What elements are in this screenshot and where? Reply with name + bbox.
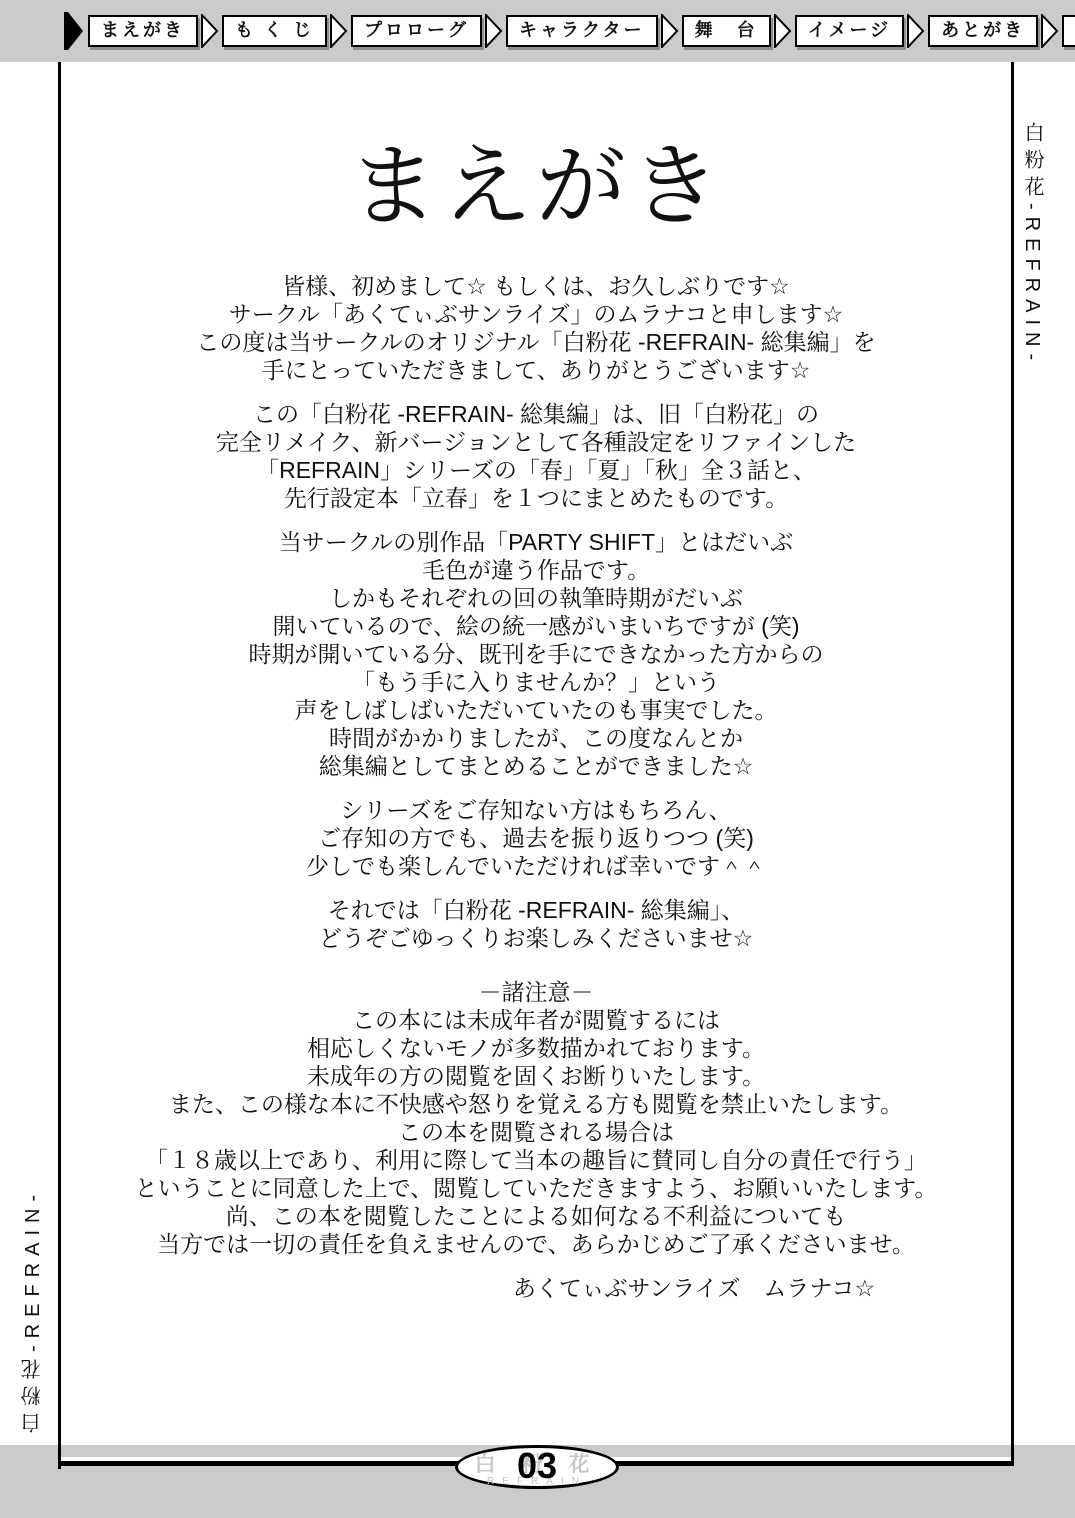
chevron-right-icon bbox=[1041, 14, 1059, 48]
nav-tab-character[interactable]: キャラクター bbox=[506, 15, 658, 46]
text-line: それでは「白粉花 -REFRAIN- 総集編」、 bbox=[60, 896, 1012, 924]
paragraph: それでは「白粉花 -REFRAIN- 総集編」、どうぞごゆっくりお楽しみください… bbox=[60, 896, 1012, 952]
chevron-right-icon bbox=[907, 14, 925, 48]
paragraph: 当サークルの別作品「PARTY SHIFT」とはだいぶ毛色が違う作品です。しかも… bbox=[60, 528, 1012, 780]
text-line: 「REFRAIN」シリーズの「春」「夏」「秋」全３話と、 bbox=[60, 456, 1012, 484]
notice-paragraph: －諸注意－この本には未成年者が閲覧するには相応しくないモノが多数描かれております… bbox=[60, 978, 1012, 1258]
chevron-right-icon bbox=[330, 14, 348, 48]
text-line: 先行設定本「立春」を１つにまとめたものです。 bbox=[60, 484, 1012, 512]
chevron-right-icon bbox=[201, 14, 219, 48]
chevron-right-icon bbox=[774, 14, 792, 48]
text-line: 完全リメイク、新バージョンとして各種設定をリファインした bbox=[60, 428, 1012, 456]
text-line: 総集編としてまとめることができました☆ bbox=[60, 752, 1012, 780]
text-line: 声をしばしばいただいていたのも事実でした。 bbox=[60, 696, 1012, 724]
text-line: 「もう手に入りませんか？」という bbox=[60, 668, 1012, 696]
nav-tab-mokuji[interactable]: も く じ bbox=[222, 15, 327, 46]
nav-tab-atogaki[interactable]: あとがき bbox=[928, 15, 1038, 46]
text-line: この度は当サークルのオリジナル「白粉花 -REFRAIN- 総集編」を bbox=[60, 328, 1012, 356]
current-page-arrow-icon bbox=[64, 12, 83, 50]
paragraph: この「白粉花 -REFRAIN- 総集編」は、旧「白粉花」の完全リメイク、新バー… bbox=[60, 400, 1012, 512]
margin-label-right: 白粉花-REFRAIN- bbox=[1018, 122, 1047, 422]
text-line: 少しでも楽しんでいただければ幸いです＾＾ bbox=[60, 852, 1012, 880]
text-line: 相応しくないモノが多数描かれております。 bbox=[60, 1034, 1012, 1062]
author-signature: あくてぃぶサンライズ ムラナコ☆ bbox=[218, 1274, 1075, 1302]
text-line: 手にとっていただきまして、ありがとうございます☆ bbox=[60, 356, 1012, 384]
page-border-left bbox=[58, 62, 61, 1469]
text-line: 当方では一切の責任を負えませんので、あらかじめご了承くださいませ。 bbox=[60, 1230, 1012, 1258]
text-line: シリーズをご存知ない方はもちろん、 bbox=[60, 796, 1012, 824]
page-number: 03 bbox=[458, 1445, 616, 1487]
nav-tab-maegaki[interactable]: まえがき bbox=[88, 15, 198, 46]
text-line: ということに同意した上で、閲覧していただきますよう、お願いいたします。 bbox=[60, 1174, 1012, 1202]
text-line: サークル「あくてぃぶサンライズ」のムラナコと申します☆ bbox=[60, 300, 1012, 328]
page-border-right bbox=[1011, 62, 1014, 1466]
text-line: この本を閲覧される場合は bbox=[60, 1118, 1012, 1146]
text-line: また、この様な本に不快感や怒りを覚える方も閲覧を禁止いたします。 bbox=[60, 1090, 1012, 1118]
nav-tab-okuzuke[interactable]: おくづけ bbox=[1062, 15, 1075, 46]
top-nav-bar: まえがきも く じプロローグキャラクター舞 台イメージあとがきおくづけ bbox=[0, 0, 1075, 62]
nav-tab-prologue[interactable]: プロローグ bbox=[351, 15, 482, 46]
text-line: どうぞごゆっくりお楽しみくださいませ☆ bbox=[60, 924, 1012, 952]
text-line: 毛色が違う作品です。 bbox=[60, 556, 1012, 584]
text-line: 尚、この本を閲覧したことによる如何なる不利益についても bbox=[60, 1202, 1012, 1230]
doujin-foreword-page: まえがきも く じプロローグキャラクター舞 台イメージあとがきおくづけ まえがき… bbox=[0, 0, 1075, 1518]
nav-tabs: まえがきも く じプロローグキャラクター舞 台イメージあとがきおくづけ bbox=[64, 12, 1075, 50]
paragraph: 皆様、初めまして☆ もしくは、お久しぶりです☆サークル「あくてぃぶサンライズ」の… bbox=[60, 272, 1012, 384]
text-line: しかもそれぞれの回の執筆時期がだいぶ bbox=[60, 584, 1012, 612]
text-line: 時間がかかりましたが、この度なんとか bbox=[60, 724, 1012, 752]
paragraph: シリーズをご存知ない方はもちろん、ご存知の方でも、過去を振り返りつつ (笑)少し… bbox=[60, 796, 1012, 880]
text-line: 皆様、初めまして☆ もしくは、お久しぶりです☆ bbox=[60, 272, 1012, 300]
text-line: 当サークルの別作品「PARTY SHIFT」とはだいぶ bbox=[60, 528, 1012, 556]
text-line: この「白粉花 -REFRAIN- 総集編」は、旧「白粉花」の bbox=[60, 400, 1012, 428]
chevron-right-icon bbox=[485, 14, 503, 48]
text-line: ご存知の方でも、過去を振り返りつつ (笑) bbox=[60, 824, 1012, 852]
text-line: －諸注意－ bbox=[60, 978, 1012, 1006]
chevron-right-icon bbox=[661, 14, 679, 48]
text-line: 未成年の方の閲覧を固くお断りいたします。 bbox=[60, 1062, 1012, 1090]
text-line: 「１８歳以上であり、利用に際して当本の趣旨に賛同し自分の責任で行う」 bbox=[60, 1146, 1012, 1174]
page-number-ellipse: 白 粉 花 REFRAIN 03 bbox=[455, 1445, 619, 1489]
page-title: まえがき bbox=[60, 138, 1012, 237]
text-line: この本には未成年者が閲覧するには bbox=[60, 1006, 1012, 1034]
nav-tab-image[interactable]: イメージ bbox=[795, 15, 904, 46]
text-line: 時期が開いている分、既刊を手にできなかった方からの bbox=[60, 640, 1012, 668]
foreword-body: 皆様、初めまして☆ もしくは、お久しぶりです☆サークル「あくてぃぶサンライズ」の… bbox=[60, 272, 1012, 1302]
margin-label-left: 白粉花-REFRAIN- bbox=[18, 1133, 47, 1433]
text-line: 開いているので、絵の統一感がいまいちですが (笑) bbox=[60, 612, 1012, 640]
nav-tab-butai[interactable]: 舞 台 bbox=[682, 15, 771, 46]
